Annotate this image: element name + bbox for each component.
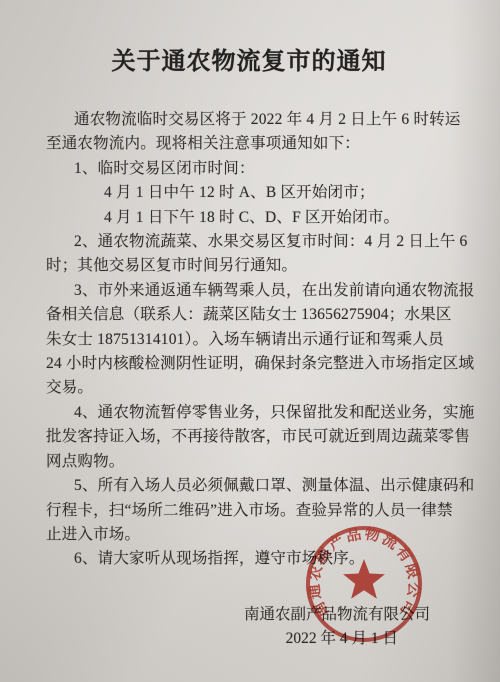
body-line: 时；其他交易区复市时间另行通知。: [46, 254, 452, 278]
body-line: 1、临时交易区闭市时间：: [46, 157, 452, 181]
body-line: 4、通农物流暂停零售业务，只保留批发和配送业务，实施: [46, 401, 452, 425]
body-line: 4 月 1 日中午 12 时 A、B 区开始闭市；: [46, 181, 452, 205]
body-line: 4 月 1 日下午 18 时 C、D、F 区开始闭市。: [46, 206, 452, 230]
seal-star-icon: [343, 559, 385, 599]
body-line: 2、通农物流蔬菜、水果交易区复市时间：4 月 2 日上午 6: [46, 230, 452, 254]
body-line: 5、所有入场人员必须佩戴口罩、测量体温、出示健康码和: [46, 474, 452, 498]
body-line: 朱女士 18751314101）。入场车辆请出示通行证和驾乘人员: [46, 328, 452, 352]
notice-sheet: 关于通农物流复市的通知 通农物流临时交易区将于 2022 年 4 月 2 日上午…: [0, 0, 500, 682]
notice-body: 通农物流临时交易区将于 2022 年 4 月 2 日上午 6 时转运 至通农物流…: [46, 108, 452, 572]
body-line: 批发客持证入场，不再接待散客，市民可就近到周边蔬菜零售: [46, 425, 452, 449]
body-line: 备相关信息（联系人：蔬菜区陆女士 13656275904；水果区: [46, 303, 452, 327]
body-line: 通农物流临时交易区将于 2022 年 4 月 2 日上午 6 时转运: [46, 108, 452, 132]
body-line: 行程卡，扫“场所二维码”进入市场。查验异常的人员一律禁: [46, 499, 452, 523]
body-line: 交易。: [46, 376, 452, 400]
body-line: 网点购物。: [46, 450, 452, 474]
document-photo: 关于通农物流复市的通知 通农物流临时交易区将于 2022 年 4 月 2 日上午…: [0, 0, 500, 682]
body-line: 至通农物流内。现将相关注意事项通知如下：: [46, 132, 452, 156]
official-seal: 南通农副产品物流有限公司: [303, 523, 425, 645]
body-line: 3、市外来通返通车辆驾乘人员，在出发前请向通农物流报: [46, 279, 452, 303]
body-line: 24 小时内核酸检测阴性证明，确保封条完整进入市场指定区域: [46, 352, 452, 376]
notice-title: 关于通农物流复市的通知: [46, 46, 452, 78]
